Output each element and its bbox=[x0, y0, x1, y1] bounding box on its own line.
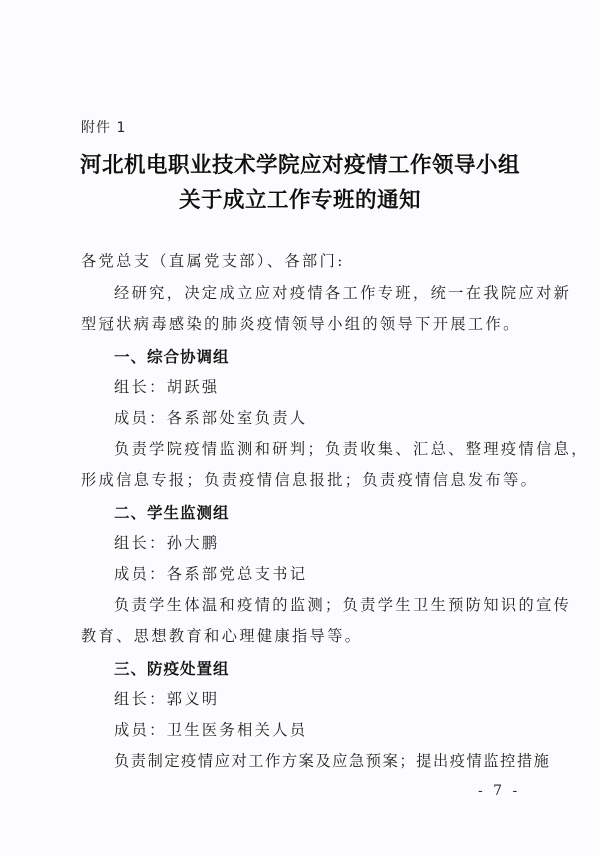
intro-line-2: 型冠状病毒感染的肺炎疫情领导小组的领导下开展工作。 bbox=[81, 313, 521, 334]
group-1-leader: 组长：胡跃强 bbox=[114, 376, 220, 397]
document-title-line-1: 河北机电职业技术学院应对疫情工作领导小组 bbox=[0, 148, 600, 179]
group-1-heading: 一、综合协调组 bbox=[114, 345, 230, 367]
group-2-duties-line-1: 负责学生体温和疫情的监测；负责学生卫生预防知识的宣传 bbox=[114, 594, 571, 615]
page-number: - 7 - bbox=[478, 783, 520, 799]
document-page: 附件 1 河北机电职业技术学院应对疫情工作领导小组 关于成立工作专班的通知 各党… bbox=[0, 0, 600, 856]
intro-line-1: 经研究，决定成立应对疫情各工作专班，统一在我院应对新 bbox=[114, 282, 571, 303]
group-2-heading: 二、学生监测组 bbox=[114, 501, 230, 523]
group-2-members: 成员：各系部党总支书记 bbox=[114, 563, 307, 584]
group-3-members: 成员：卫生医务相关人员 bbox=[114, 719, 307, 740]
group-1-duties-line-1: 负责学院疫情监测和研判；负责收集、汇总、整理疫情信息， bbox=[114, 438, 589, 459]
document-title-line-2: 关于成立工作专班的通知 bbox=[0, 183, 600, 214]
group-2-duties-line-2: 教育、思想教育和心理健康指导等。 bbox=[81, 625, 362, 646]
salutation: 各党总支（直属党支部）、各部门: bbox=[81, 250, 345, 271]
group-2-leader: 组长：孙大鹏 bbox=[114, 532, 220, 553]
group-3-heading: 三、防疫处置组 bbox=[114, 657, 230, 679]
group-3-duties-line-1: 负责制定疫情应对工作方案及应急预案；提出疫情监控措施 bbox=[114, 750, 550, 771]
group-3-leader: 组长：郭义明 bbox=[114, 688, 220, 709]
group-1-members: 成员：各系部处室负责人 bbox=[114, 407, 307, 428]
attachment-label: 附件 1 bbox=[81, 117, 126, 137]
group-1-duties-line-2: 形成信息专报；负责疫情信息报批；负责疫情信息发布等。 bbox=[81, 469, 538, 490]
